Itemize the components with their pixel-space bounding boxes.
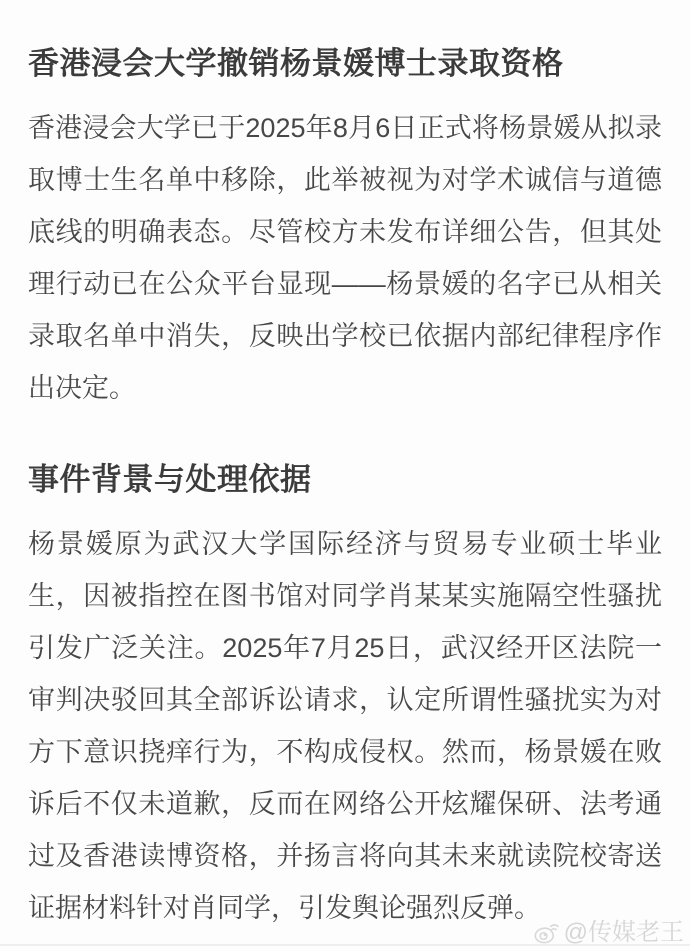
weibo-logo-icon (532, 919, 560, 947)
watermark-handle: @传媒老王 (564, 919, 684, 947)
article-paragraph-1: 香港浸会大学已于2025年8月6日正式将杨景媛从拟录取博士生名单中移除，此举被视… (28, 102, 662, 414)
watermark: @传媒老王 (532, 919, 684, 947)
section-heading: 事件背景与处理依据 (28, 458, 662, 502)
article-page: 香港浸会大学撤销杨景媛博士录取资格 香港浸会大学已于2025年8月6日正式将杨景… (0, 0, 690, 951)
article-paragraph-2: 杨景媛原为武汉大学国际经济与贸易专业硕士毕业生，因被指控在图书馆对同学肖某某实施… (28, 518, 662, 934)
bottom-edge-line (0, 944, 690, 946)
article-title: 香港浸会大学撤销杨景媛博士录取资格 (28, 0, 662, 86)
